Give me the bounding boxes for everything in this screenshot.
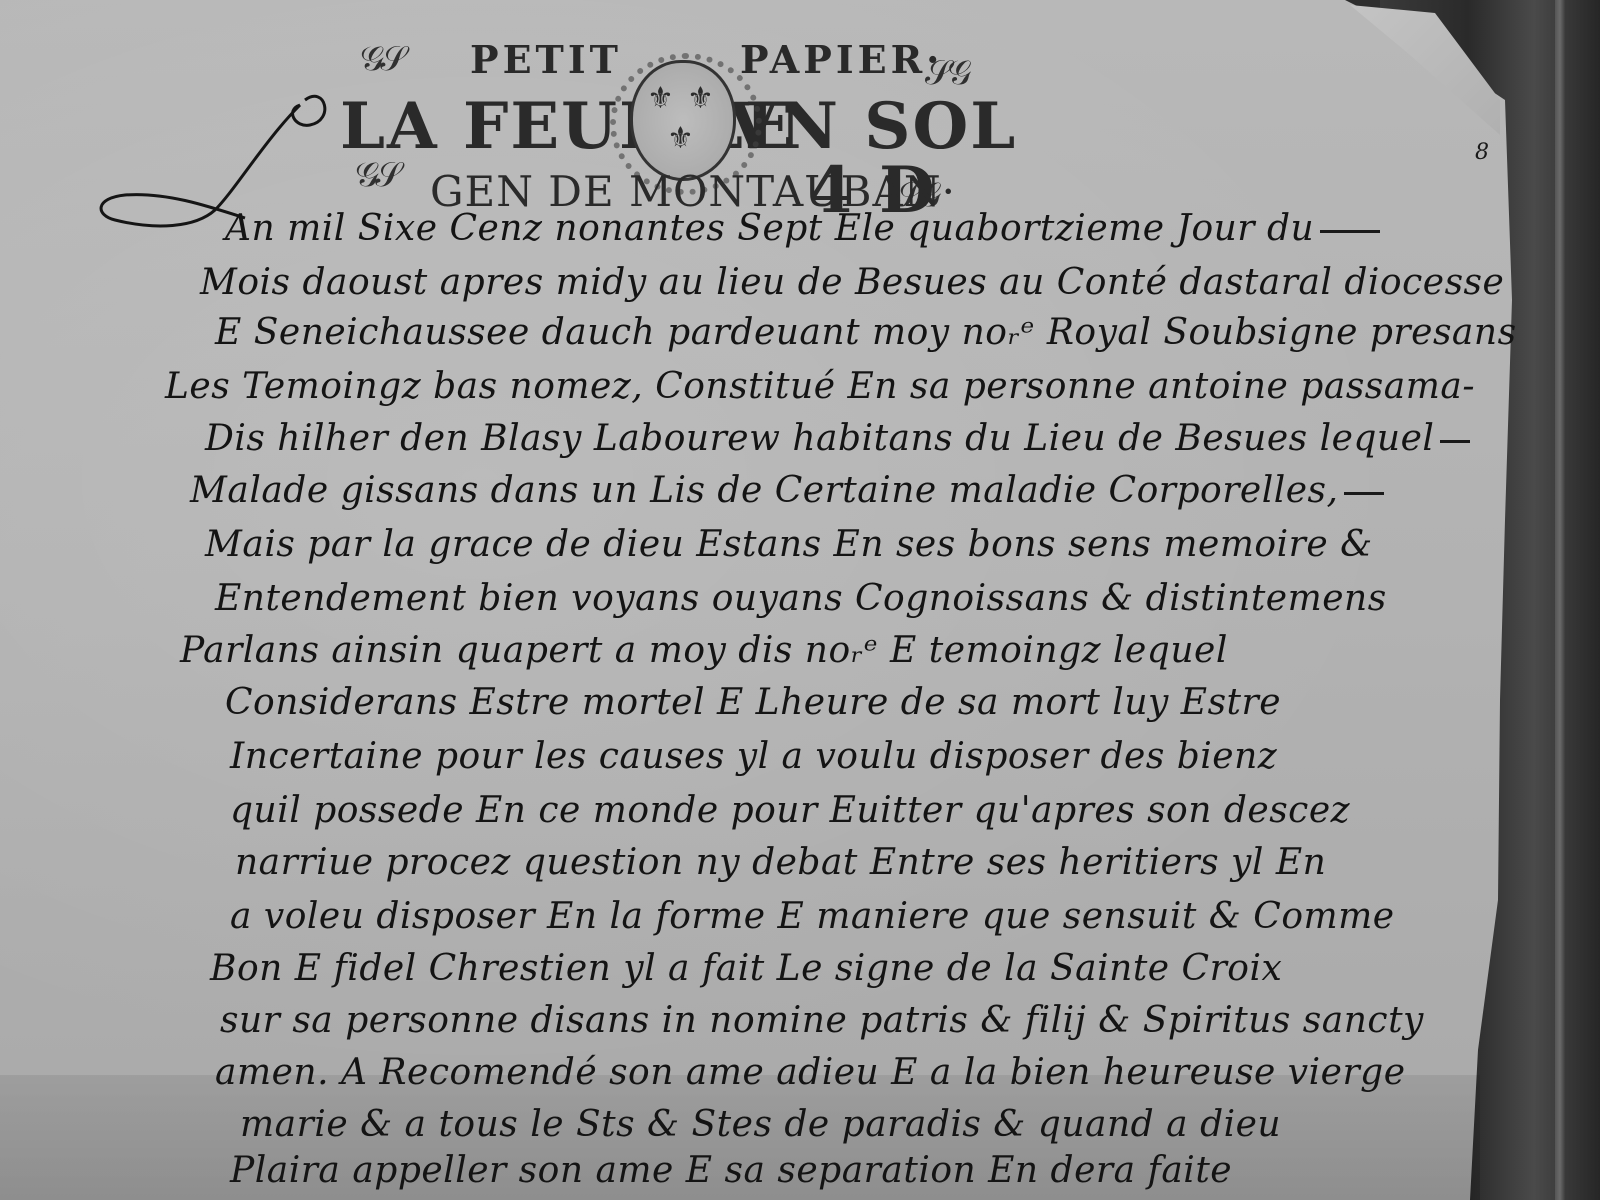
manuscript-line-17: amen. A Recomendé son ame adieu E a la b… bbox=[215, 1052, 1406, 1093]
manuscript-line-11: Incertaine pour les causes yl a voulu di… bbox=[230, 736, 1277, 777]
manuscript-line-10: Considerans Estre mortel E Lheure de sa … bbox=[225, 682, 1281, 723]
document-photo: 8 𝒢𝒮 𝒮𝒢 𝒢𝒮 𝒮𝒢 PETIT PAPIER· LA FEUILLE V… bbox=[0, 0, 1600, 1200]
manuscript-line-7: Mais par la grace de dieu Estans En ses … bbox=[205, 524, 1373, 565]
manuscript-line-12: quil possede En ce monde pour Euitter qu… bbox=[230, 790, 1350, 831]
manuscript-line-5: Dis hilher den Blasy Labourew habitans d… bbox=[205, 418, 1470, 459]
manuscript-body: An mil Sixe Cenz nonantes Sept Ele quabo… bbox=[0, 0, 1600, 1200]
manuscript-line-6: Malade gissans dans un Lis de Certaine m… bbox=[190, 470, 1384, 511]
manuscript-line-16: sur sa personne disans in nomine patris … bbox=[220, 1000, 1424, 1041]
manuscript-line-14: a voleu disposer En la forme E maniere q… bbox=[230, 896, 1395, 937]
manuscript-line-13: narriue procez question ny debat Entre s… bbox=[235, 842, 1326, 883]
manuscript-line-8: Entendement bien voyans ouyans Cognoissa… bbox=[215, 578, 1387, 619]
manuscript-line-2: Mois daoust apres midy au lieu de Besues… bbox=[200, 262, 1504, 303]
manuscript-line-9: Parlans ainsin quapert a moy dis noᵣᵉ E … bbox=[180, 630, 1228, 671]
manuscript-line-3: E Seneichaussee dauch pardeuant moy noᵣᵉ… bbox=[215, 312, 1517, 353]
manuscript-line-18: marie & a tous le Sts & Stes de paradis … bbox=[240, 1104, 1281, 1145]
manuscript-line-4: Les Temoingz bas nomez, Constitué En sa … bbox=[165, 366, 1475, 407]
manuscript-line-15: Bon E fidel Chrestien yl a fait Le signe… bbox=[210, 948, 1282, 989]
manuscript-line-19: Plaira appeller son ame E sa separation … bbox=[230, 1150, 1232, 1191]
manuscript-line-1: An mil Sixe Cenz nonantes Sept Ele quabo… bbox=[225, 208, 1380, 249]
